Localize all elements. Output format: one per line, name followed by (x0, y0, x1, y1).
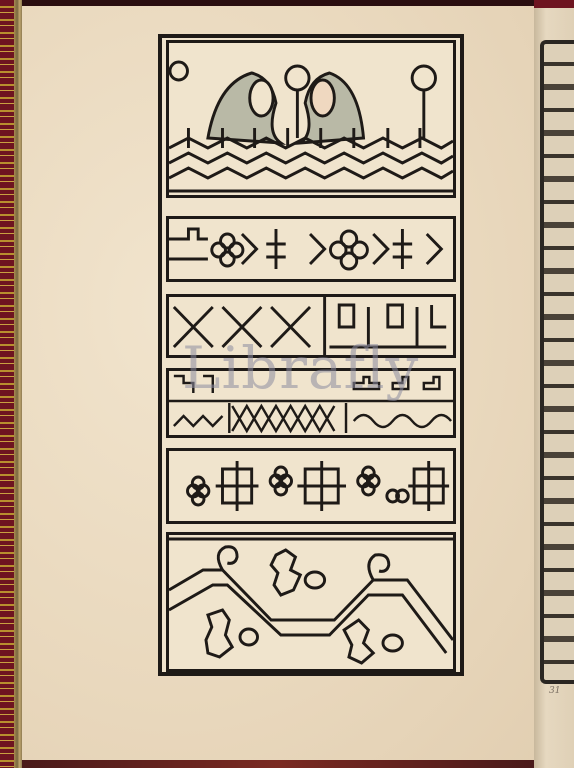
floral-cross-pattern-icon (169, 219, 453, 279)
pattern-band-vine-scroll (166, 532, 456, 672)
watermark-text: Librafly (182, 334, 419, 402)
pattern-band-rosette-scroll (166, 448, 456, 524)
figures-pattern-icon (169, 43, 453, 195)
facing-page-binding (534, 0, 574, 8)
gilt-page-edge (14, 0, 22, 768)
pattern-band-figures (166, 40, 456, 198)
book-binding-edge (0, 0, 14, 768)
facing-page-ornamental-border (540, 40, 574, 684)
rosette-pattern-icon (169, 451, 453, 521)
pattern-band-floral-cross (166, 216, 456, 282)
page-bottom-edge (22, 760, 534, 768)
vine-scroll-pattern-icon (169, 535, 453, 669)
facing-page-mark: 31 (549, 686, 560, 696)
